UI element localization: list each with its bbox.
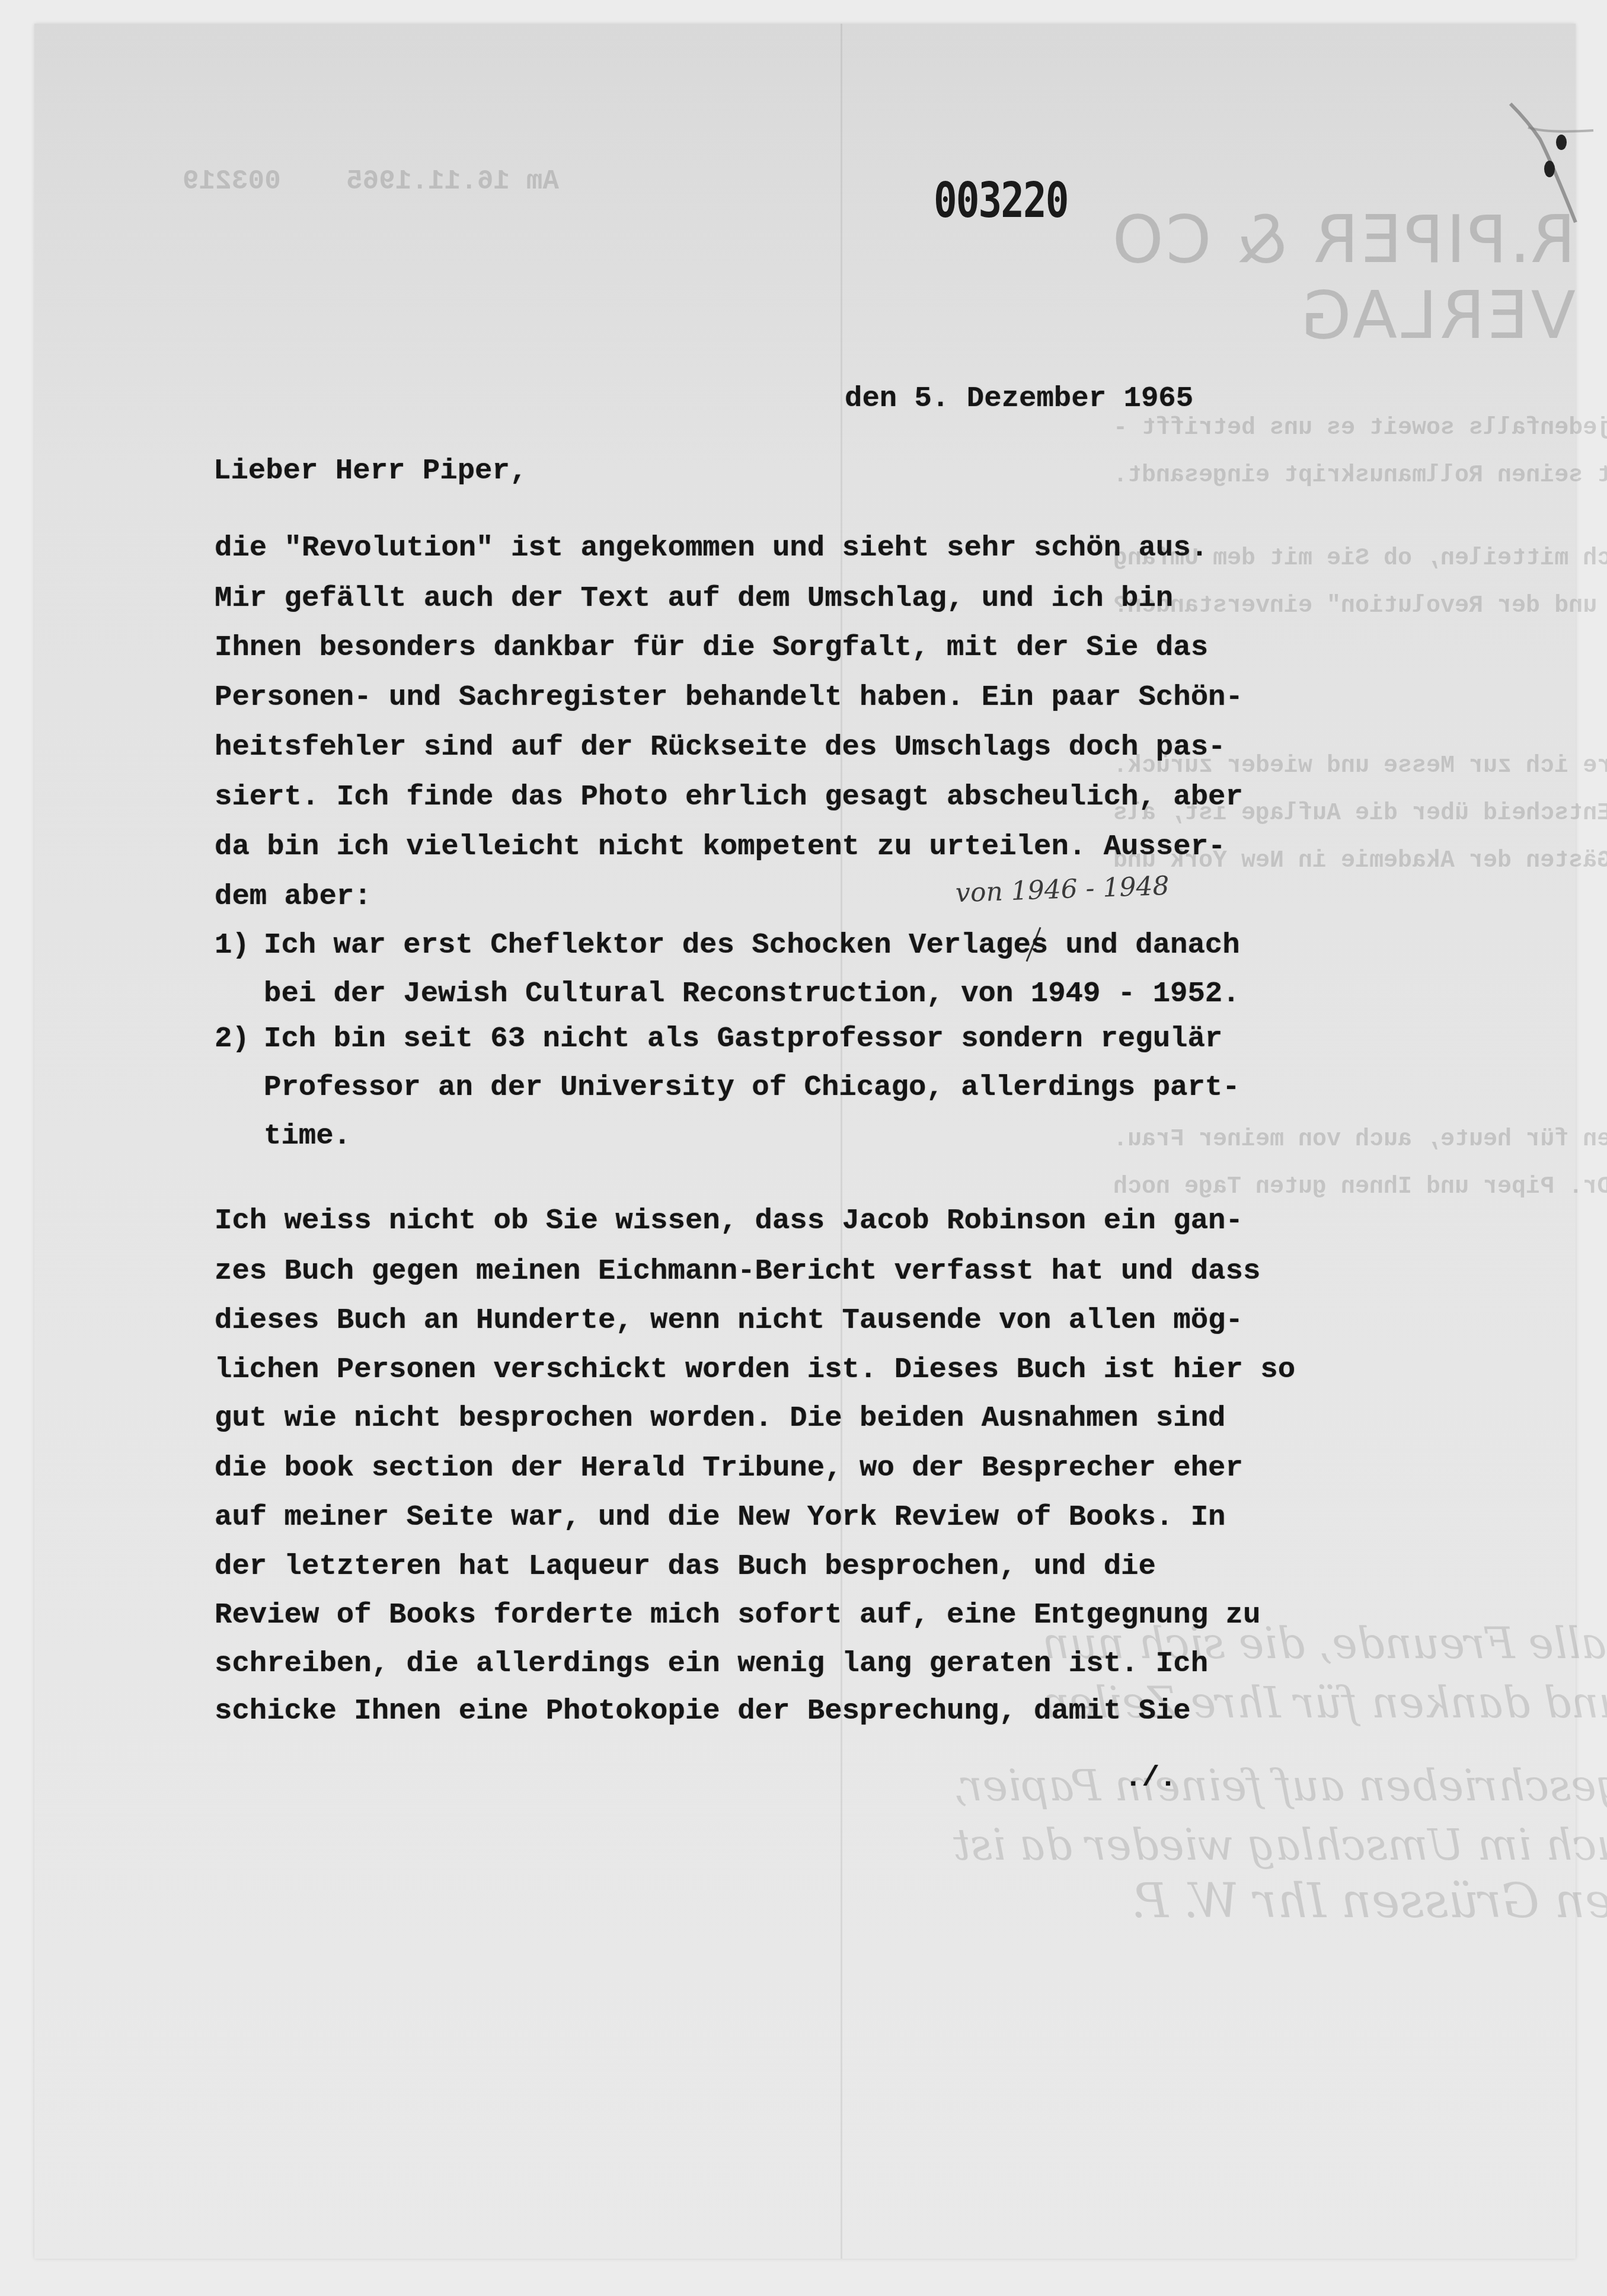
text-line: schicke Ihnen eine Photokopie der Bespre… xyxy=(215,1697,1191,1726)
bleed-through-line: Mit herzlichen Grüssen für heute, auch v… xyxy=(1113,1126,1607,1153)
text-line: time. xyxy=(264,1122,351,1151)
text-line: dem aber: xyxy=(215,882,372,911)
paper-fold-line xyxy=(841,24,842,2259)
list-number: 2) xyxy=(215,1024,250,1053)
bleed-through-line: sondern auch von Herrn Dr. Piper und Ihn… xyxy=(1113,1174,1607,1200)
text-line: die "Revolution" ist angekommen und sieh… xyxy=(215,534,1208,563)
text-line: Ihnen besonders dankbar für die Sorgfalt… xyxy=(215,633,1208,662)
bleed-through-line: Ich danke, mit Sonst ist, - jedenfalls s… xyxy=(1113,415,1607,442)
pencil-mark-icon xyxy=(1504,86,1599,240)
text-line: Ich weiss nicht ob Sie wissen, dass Jaco… xyxy=(215,1206,1243,1235)
text-line: Review of Books forderte mich sofort auf… xyxy=(215,1601,1260,1630)
text-line: gut wie nicht besprochen worden. Die bei… xyxy=(215,1404,1225,1433)
text-line: die book section der Herald Tribune, wo … xyxy=(215,1454,1243,1483)
text-line: siert. Ich finde das Photo ehrlich gesag… xyxy=(215,783,1243,812)
bleed-through-header: Am 16.11.1965 003219 xyxy=(183,166,559,197)
list-number: 1) xyxy=(215,931,250,960)
text-line: bei der Jewish Cultural Reconstruction, … xyxy=(264,979,1240,1008)
archive-stamp-number: 003220 xyxy=(934,172,1068,229)
text-line: Ich bin seit 63 nicht als Gastprofessor … xyxy=(264,1024,1222,1053)
text-line: Personen- und Sachregister behandelt hab… xyxy=(215,683,1243,712)
text-line: zes Buch gegen meinen Eichmann-Bericht v… xyxy=(215,1257,1260,1286)
text-line: da bin ich vielleicht nicht kompetent zu… xyxy=(215,832,1225,861)
text-line: dieses Buch an Hunderte, wenn nicht Taus… xyxy=(215,1306,1243,1335)
date-line: den 5. Dezember 1965 xyxy=(845,384,1193,413)
bleed-through-line: alles in Ordnung. Er hat seinen Rollmanu… xyxy=(1113,462,1607,489)
text-line: schreiben, die allerdings ein wenig lang… xyxy=(215,1649,1208,1678)
bleed-through-line: "Die Grundlagen der Macht und der Revolu… xyxy=(1113,593,1607,619)
text-line: Mir gefällt auch der Text auf dem Umschl… xyxy=(215,584,1173,613)
text-line: lichen Personen verschickt worden ist. D… xyxy=(215,1355,1295,1384)
text-line: Ich war erst Cheflektor des Schocken Ver… xyxy=(264,931,1240,960)
text-line: auf meiner Seite war, und die New York R… xyxy=(215,1503,1225,1532)
text-line: der letzteren hat Laqueur das Buch bespr… xyxy=(215,1552,1156,1581)
salutation: Lieber Herr Piper, xyxy=(213,456,527,486)
continuation-mark: ./. xyxy=(1124,1764,1177,1793)
text-line: heitsfehler sind auf der Rückseite des U… xyxy=(215,733,1225,762)
bleed-through-handwriting: mit allen Grüssen Ihr W. P. xyxy=(1131,1873,1607,1928)
text-line: Professor an der University of Chicago, … xyxy=(264,1073,1240,1102)
bleed-through-handwriting: das Buch im Umschlag wieder da ist xyxy=(953,1820,1607,1870)
bleed-through-handwriting: geschrieben auf feinem Papier, xyxy=(953,1761,1607,1810)
